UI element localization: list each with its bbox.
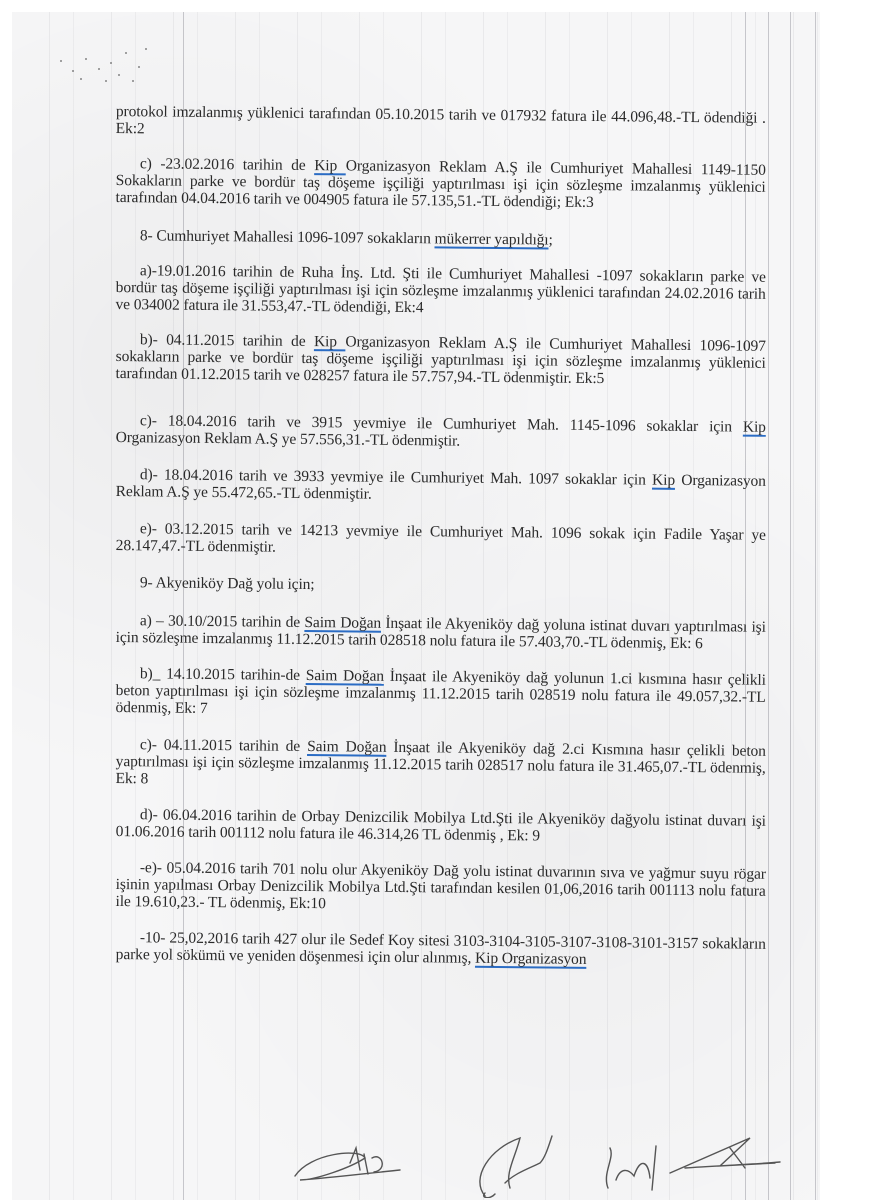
paragraph-item-c-ek8: c)- 04.11.2015 tarihin de Saim Doğan İnş… [115, 736, 765, 794]
scan-speckles [50, 40, 160, 90]
pen-underline: mükerrer yapıldığı [434, 230, 548, 248]
paragraph-item-c-ek3: c) -23.02.2016 tarihin de Kip Organizasy… [115, 155, 765, 213]
pen-underline: Kip Organizasyon [475, 950, 587, 968]
pen-underline: Kip [652, 472, 675, 489]
scan-streak [815, 12, 816, 1200]
signature-block [290, 1118, 810, 1198]
pen-underline: Kip [314, 333, 346, 350]
section-heading-10: -10- 25,02,2016 tarih 427 olur ile Sedef… [116, 929, 766, 970]
pen-underline: Saim Doğan [306, 667, 384, 685]
signature-1 [295, 1148, 400, 1180]
pen-underline: Kip [314, 157, 346, 174]
paragraph-item-a-ek6: a) – 30.10/2015 tarihin de Saim Doğan İn… [116, 612, 766, 653]
paragraph-item-b-ek7: b)_ 14.10.2015 tarihin-de Saim Doğan İnş… [115, 665, 765, 723]
section-heading-9: 9- Akyeniköy Dağ yolu için; [116, 574, 766, 598]
paragraph-item-c-3915: c)- 18.04.2016 tarih ve 3915 yevmiye ile… [116, 412, 766, 453]
paragraph-item-a-ek4: a)-19.01.2016 tarihin de Ruha İnş. Ltd. … [115, 262, 765, 320]
pen-underline: Saim Doğan [307, 738, 386, 756]
paragraph-item-e-ek10: -e)- 05.04.2016 tarih 701 nolu olur Akye… [115, 859, 765, 917]
signature-2 [480, 1136, 552, 1198]
paragraph-item-d-3933: d)- 18.04.2016 tarih ve 3933 yevmiye ile… [116, 466, 766, 507]
signature-4 [670, 1138, 780, 1173]
scan-streak [790, 12, 791, 1200]
paragraph-item-b-ek5: b)- 04.11.2015 tarihin de Kip Organizasy… [115, 331, 765, 389]
scan-streak [768, 12, 769, 1200]
document-body: protokol imzalanmış yüklenici tarafından… [116, 103, 766, 963]
signature-3 [606, 1146, 656, 1190]
section-heading-8: 8- Cumhuriyet Mahallesi 1096-1097 sokakl… [116, 227, 766, 251]
paragraph-ek2: protokol imzalanmış yüklenici tarafından… [116, 103, 766, 144]
paragraph-item-d-ek9: d)- 06.04.2016 tarihin de Orbay Denizcil… [116, 806, 766, 847]
paragraph-item-e-14213: e)- 03.12.2015 tarih ve 14213 yevmiye il… [116, 520, 766, 561]
pen-underline: Saim Doğan [304, 614, 381, 632]
pen-underline: Kip [743, 419, 766, 436]
